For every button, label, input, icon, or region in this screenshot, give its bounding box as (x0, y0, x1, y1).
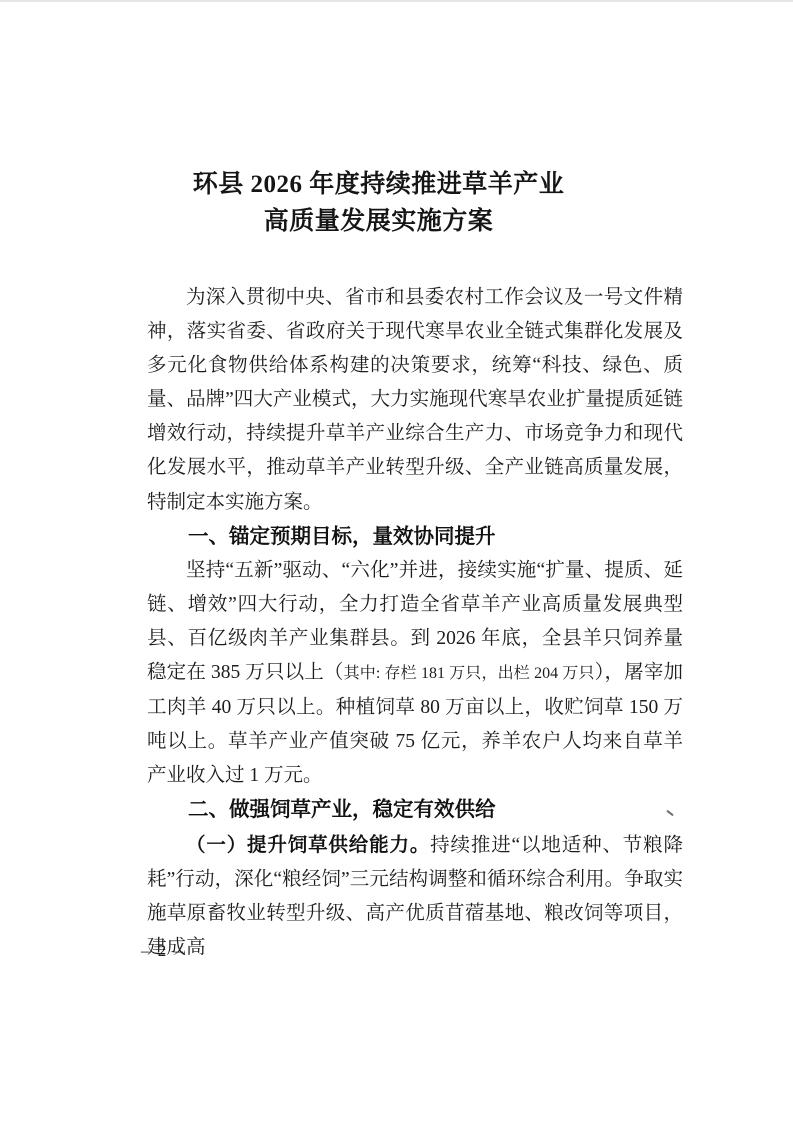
text-segment: 二、做强饲草产业，稳定有效供给 (188, 798, 496, 821)
text-segment: 其中: 存栏 181 万只，出栏 204 万只 (344, 665, 595, 682)
text-segment: 为深入贯彻中央、省市和县委农村工作会议及一号文件精神，落实省委、省政府关于现代寒… (147, 287, 683, 513)
section-heading: 二、做强饲草产业，稳定有效供给 (147, 793, 683, 827)
page-number: – 2 – (141, 941, 185, 961)
body-paragraph: 坚持“五新”驱动、“六化”并进，接续实施“扩量、提质、延链、增效”四大行动，全力… (147, 554, 683, 794)
text-segment: 一、锚定预期目标，量效协同提升 (188, 525, 496, 548)
document-body: 为深入贯彻中央、省市和县委农村工作会议及一号文件精神，落实省委、省政府关于现代寒… (147, 281, 683, 965)
document-title: 环县 2026 年度持续推进草羊产业 高质量发展实施方案 (0, 0, 775, 240)
body-paragraph: （一）提升饲草供给能力。持续推进“以地适种、节粮降耗”行动，深化“粮经饲”三元结… (147, 828, 683, 965)
document-title-line-2: 高质量发展实施方案 (0, 204, 775, 241)
document-title-line-1: 环县 2026 年度持续推进草羊产业 (0, 167, 775, 204)
text-segment: （一）提升饲草供给能力。 (186, 834, 430, 856)
document-page: 环县 2026 年度持续推进草羊产业 高质量发展实施方案 为深入贯彻中央、省市和… (0, 0, 793, 1122)
body-paragraph: 为深入贯彻中央、省市和县委农村工作会议及一号文件精神，落实省委、省政府关于现代寒… (147, 281, 683, 520)
section-heading: 一、锚定预期目标，量效协同提升 (147, 520, 683, 554)
